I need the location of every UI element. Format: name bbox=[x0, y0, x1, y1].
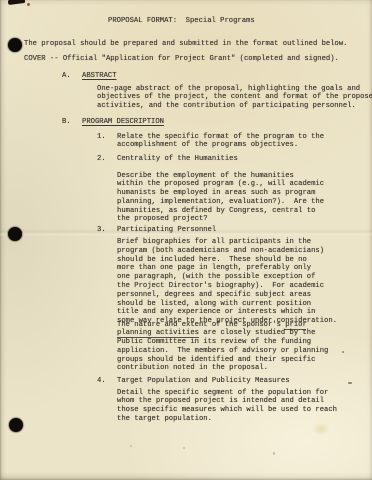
item-4-heading: Target Population and Publicity Measures bbox=[117, 377, 290, 386]
section-a-label: A. bbox=[62, 72, 71, 81]
paper-stain bbox=[312, 422, 330, 436]
hole-punch-mark bbox=[8, 227, 22, 241]
item-3-paragraph-1: Brief biographies for all participants i… bbox=[117, 238, 337, 326]
scanned-document-page: PROPOSAL FORMAT: Special Programs The pr… bbox=[0, 0, 372, 480]
section-a-paragraph: One-page abstract of the proposal, highl… bbox=[97, 85, 372, 111]
corner-ink-mark bbox=[8, 0, 25, 5]
paper-speck bbox=[130, 445, 132, 447]
section-b-heading: PROGRAM DESCRIPTION bbox=[82, 118, 164, 127]
hole-punch-mark bbox=[9, 418, 23, 432]
underline-prior bbox=[284, 329, 306, 330]
section-b-label: B. bbox=[62, 118, 71, 127]
paper-speck bbox=[183, 447, 185, 449]
corner-red-speck bbox=[27, 3, 30, 6]
paper-speck bbox=[273, 452, 275, 455]
paper-speck bbox=[342, 351, 344, 353]
intro-line: The proposal should be prepared and subm… bbox=[24, 40, 348, 49]
item-2-paragraph: Describe the employment of the humanitie… bbox=[117, 172, 324, 225]
underline-planning-activities bbox=[117, 337, 199, 338]
item-3-heading: Participating Personnel bbox=[117, 226, 216, 235]
paper-speck bbox=[348, 382, 352, 384]
cover-line: COVER -- Official "Application for Proje… bbox=[24, 55, 339, 64]
item-2-number: 2. bbox=[97, 155, 106, 164]
item-1-text: Relate the specific format of the progra… bbox=[117, 133, 324, 151]
document-title: PROPOSAL FORMAT: Special Programs bbox=[108, 17, 255, 26]
hole-punch-mark bbox=[8, 38, 22, 52]
item-3-number: 3. bbox=[97, 226, 106, 235]
section-a-heading: ABSTRACT bbox=[82, 72, 117, 81]
item-4-paragraph: Detail the specific segment of the popul… bbox=[117, 389, 337, 424]
item-2-heading: Centrality of the Humanities bbox=[117, 155, 238, 164]
item-1-number: 1. bbox=[97, 133, 106, 142]
item-4-number: 4. bbox=[97, 377, 106, 386]
